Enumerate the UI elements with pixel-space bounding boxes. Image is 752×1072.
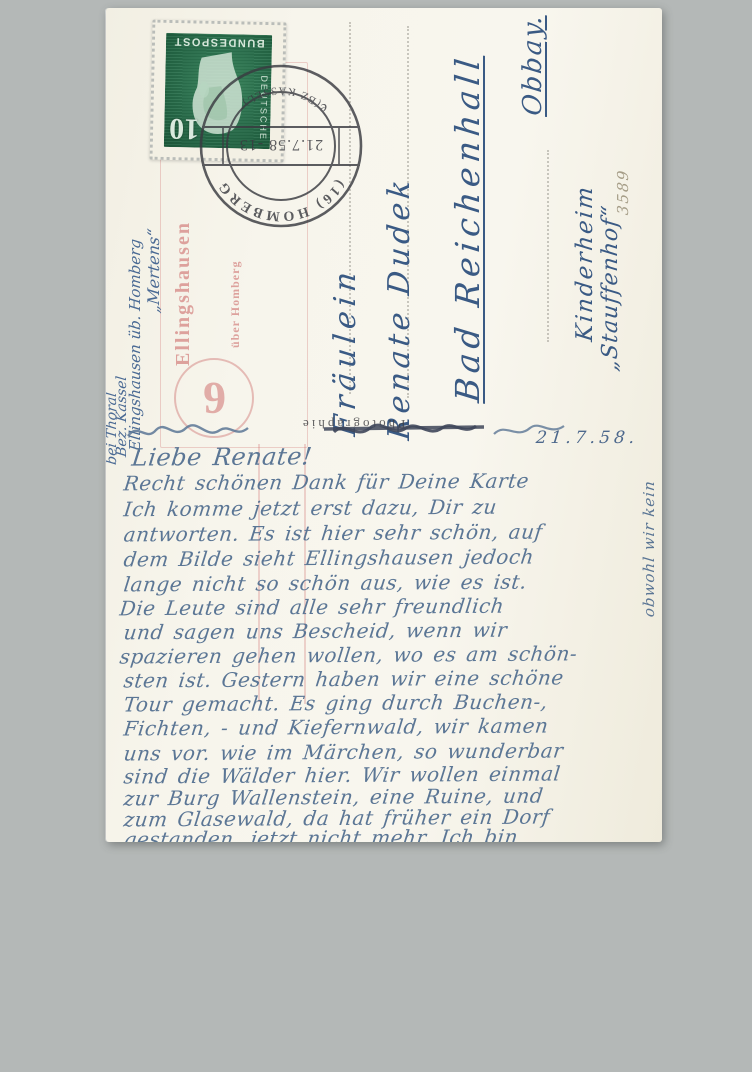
message-line: Ich komme jetzt erst dazu, Dir zu — [122, 495, 498, 522]
message-line: sten ist. Gestern haben wir eine schöne — [122, 665, 565, 692]
address-region: Obbay. — [518, 12, 548, 117]
postmark-letter: e — [320, 100, 327, 117]
red-ink-line — [258, 444, 260, 702]
postcard-back: Ellingshausen über Homberg 6 10 DEUTSCHE… — [106, 8, 662, 842]
address-institution: Kinderheim — [572, 184, 598, 343]
message-line: zur Burg Wallenstein, eine Ruine, und — [122, 784, 544, 811]
message-line: spazieren gehen wollen, wo es am schön- — [118, 641, 578, 668]
message-line: uns vor. wie im Märchen, so wunderbar — [122, 738, 564, 765]
postmark-date: 21.7.58 -13 — [239, 136, 323, 153]
message-line: antworten. Es ist hier sehr schön, auf — [122, 520, 544, 547]
message-line: lange nicht so schön aus, wie es ist. — [122, 570, 528, 597]
address-name: Renate Dudek — [382, 175, 417, 442]
crossed-out-scribble — [124, 414, 634, 448]
address-salutation: Fräulein — [328, 265, 363, 437]
message-line: Die Leute sind alle sehr freundlich — [118, 594, 505, 621]
message-line: Recht schönen Dank für Deine Karte — [122, 469, 530, 496]
address-rule-line — [407, 26, 409, 398]
postmark: (16) HOMBERG (BZ KASSEL) 21.7.58 -13 e — [193, 58, 369, 234]
message-line: sind die Wälder hier. Wir wollen einmal — [122, 761, 562, 788]
pencil-number: 3589 — [614, 168, 632, 216]
scanned-photo-background: Ellingshausen über Homberg 6 10 DEUTSCHE… — [0, 0, 752, 1072]
address-town: Bad Reichenhall — [448, 52, 487, 404]
address-rule-line — [547, 150, 549, 342]
message-line: zum Glasewald, da hat früher ein Dorf — [122, 805, 551, 832]
postmark-district-ring: (BZ KASSEL) — [239, 84, 323, 109]
message-line: Fichten, - und Kiefernwald, wir kamen — [122, 714, 549, 741]
stamp-issuer-label: BUNDESPOST — [166, 35, 272, 49]
address-institution-name: „Stauffenhof“ — [598, 204, 623, 373]
message-line: dem Bilde sieht Ellingshausen jedoch — [122, 545, 535, 572]
message-line: Tour gemacht. Es ging durch Buchen-, — [122, 690, 549, 717]
sender-note-line4: bei Thoral — [106, 392, 120, 466]
message-line: gestanden, jetzt nicht mehr. Ich bin — [122, 825, 519, 842]
message-side-note: obwohl wir kein — [640, 479, 658, 618]
red-ink-line — [304, 444, 306, 704]
svg-text:(BZ KASSEL): (BZ KASSEL) — [239, 84, 323, 109]
message-line: und sagen uns Bescheid, wenn wir — [122, 618, 508, 645]
